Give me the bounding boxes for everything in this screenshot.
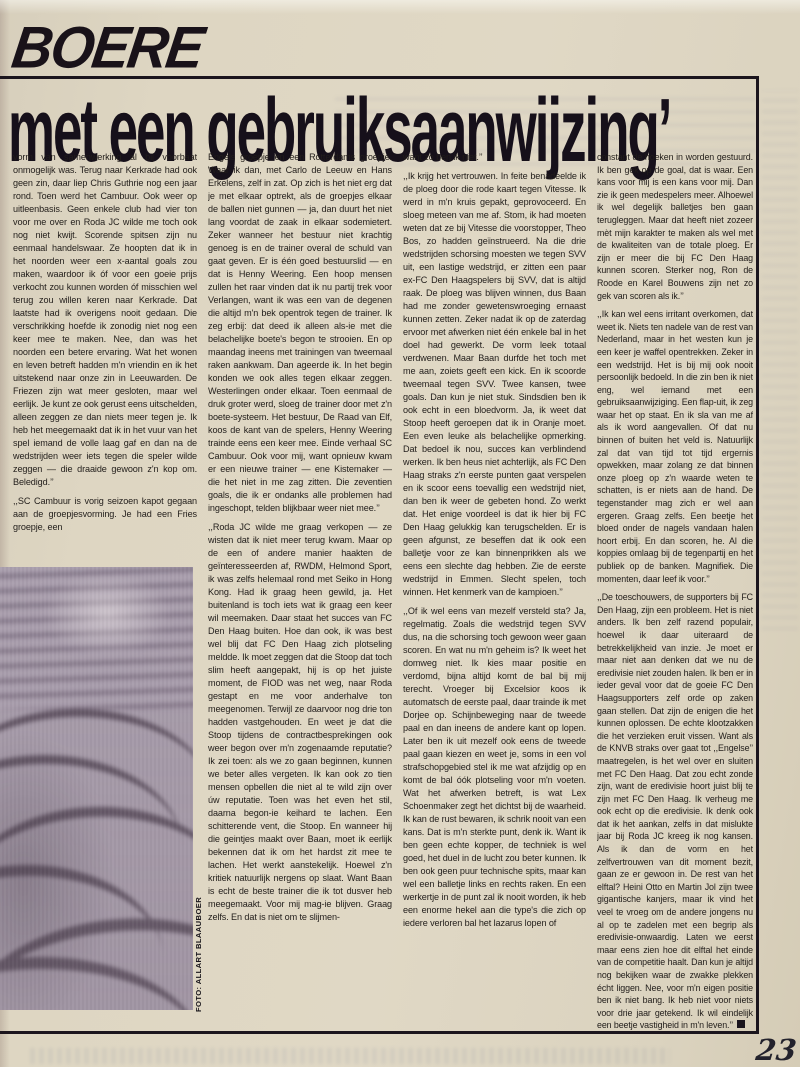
stadium-terraces-photo xyxy=(0,567,193,1010)
page-number: 23 xyxy=(754,1033,798,1067)
paragraph: ,,SC Cambuur is vorig seizoen kapot gega… xyxy=(13,495,197,534)
paragraph: ,,Ik krijg het vertrouwen. In feite bena… xyxy=(403,170,586,599)
paragraph: vorm van samenwerking al bij voorbaat on… xyxy=(13,151,197,489)
paragraph: Engels groepje en een Rotterdams groepje… xyxy=(208,151,392,515)
paragraph: ,,Ik kan wel eens irritant overkomen, da… xyxy=(597,308,753,585)
paragraph: ,,De toeschouwers, de supporters bij FC … xyxy=(597,591,753,1032)
text-column-2: Engels groepje en een Rotterdams groepje… xyxy=(208,151,392,1034)
print-bleedthrough-footer xyxy=(30,1048,670,1064)
paragraph: ,,Of ik wel eens van mezelf versteld sta… xyxy=(403,605,586,930)
paragraph-text: ,,De toeschouwers, de supporters bij FC … xyxy=(597,592,753,1030)
article-box-right-rule xyxy=(756,76,759,1034)
paragraph: want zo ben ik niet.’’ xyxy=(403,151,586,164)
photo-grain xyxy=(0,567,193,1010)
photo-credit: FOTO: ALLART BLAAUBOER xyxy=(194,897,203,1012)
article-box-top-rule xyxy=(0,76,758,79)
magazine-page: BOERE met een gebruiksaanwijzing’ vorm v… xyxy=(0,0,800,1067)
paragraph: ,,Roda JC wilde me graag verkopen — ze w… xyxy=(208,521,392,924)
text-column-4: constant de hoeken in worden gestuurd. I… xyxy=(597,151,753,1034)
kicker-headline: BOERE xyxy=(8,13,207,81)
end-of-article-mark xyxy=(737,1020,745,1028)
text-column-3: want zo ben ik niet.’’ ,,Ik krijg het ve… xyxy=(403,151,586,1034)
print-bleedthrough-margin xyxy=(762,90,798,630)
paragraph: constant de hoeken in worden gestuurd. I… xyxy=(597,151,753,302)
